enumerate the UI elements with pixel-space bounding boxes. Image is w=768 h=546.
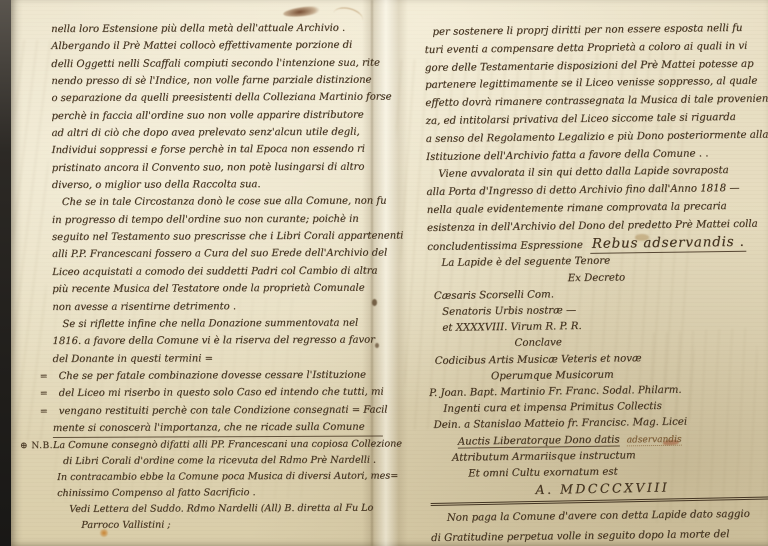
manuscript-line: 1816. a favore della Comune vi è la rise… [52,332,382,351]
manuscript-line: =Che se per fatale combinazione dovesse … [53,366,383,385]
manuscript-line: di Gratitudine perpetua volle in seguito… [431,524,768,546]
margin-marker: = [40,368,48,385]
line-text: La Lapide è del seguente Tenore [441,256,610,269]
line-text: Che se per fatale combinazione dovesse c… [59,370,366,382]
line-text: La Comune consegnò difatti alli PP. Fran… [53,439,402,452]
line-text: Parroco Vallistini ; [81,520,170,531]
manuscript-line: mente si conoscerà l'importanza, che ne … [53,418,383,438]
manuscript-line: ad altri di ciò che dopo avea prelevato … [52,124,382,143]
line-text: a senso del Regolamento Legalizio e più … [426,129,768,144]
line-text: nella loro Estensione più della metà del… [51,23,345,35]
line-text: turi eventi a compensare detta Proprietà… [425,41,748,56]
manuscript-line: Individui soppressi e forse perchè in ta… [52,141,382,160]
manuscript-line: Parroco Vallistini ; [53,517,383,534]
line-text: ad altri di ciò che dopo avea prelevato … [52,127,360,139]
line-text: Senatoris Urbis nostræ — [442,305,576,318]
manuscript-line: non avesse a risentirne detrimento . [52,297,382,316]
manuscript-photo: nella loro Estensione più della metà del… [0,0,768,546]
manuscript-line: di Libri Corali d'ordine come la ricevut… [53,453,383,470]
manuscript-line: Vedi Lettera del Suddo. Rdmo Nardelli (A… [53,501,383,518]
emphasized-text: adservandis [627,434,682,446]
line-text: Operumque Musicorum [491,369,614,382]
line-text: chinissimo Compenso al fatto Sacrificio … [57,487,255,499]
line-text: Albergando il Prè Mattei collocò effetti… [51,40,352,52]
line-text: A. MDCCCXVIII [535,480,669,498]
line-text: nendo presso di sè l'Indice, non volle f… [51,75,371,87]
manuscript-line: Che se in tale Circostanza donò le cose … [52,193,382,212]
manuscript-line: alli P.P. Francescani fossero a Cura del… [52,245,382,264]
manuscript-line: più recente Musica del Testatore onde la… [52,280,382,299]
line-text: Viene avvalorata il sin qui detto dalla … [438,165,728,180]
line-text: Cæsaris Scorselli Com. [434,289,554,302]
manuscript-line: nendo presso di sè l'Indice, non volle f… [51,72,381,91]
line-text: vengano restituiti perchè con tale Condi… [59,404,388,416]
margin-marker: = [40,385,48,402]
emphasized-text: Rebus adservandis . [590,233,747,253]
manuscript-line: =vengano restituiti perchè con tale Cond… [53,401,383,420]
line-text: Auctis Liberatorque Dono datis [458,434,620,448]
line-text: di Gratitudine perpetua volle in seguito… [431,529,730,544]
line-text: seguito nel Testamento suo prescrisse ch… [52,231,403,244]
manuscript-page-right: per sostenere li proprj diritti per non … [424,0,768,546]
line-text: Se si riflette infine che nella Donazion… [62,318,358,330]
line-text: effetto dovrà rimanere contrassegnata la… [425,94,768,109]
line-text: Codicibus Artis Musicæ Veteris et novæ [435,353,642,367]
manuscript-line: chinissimo Compenso al fatto Sacrificio … [53,485,383,502]
line-text: del Liceo mi riserbo in questo solo Caso… [59,387,384,399]
line-text: et XXXXVIII. Virum R. P. R. [442,321,582,334]
manuscript-line: perchè in faccia all'ordine suo non voll… [51,106,381,125]
line-text: del Donante in questi termini = [53,353,213,365]
manuscript-line: delli Oggetti nelli Scaffali compiuti se… [51,54,381,73]
line-text: alli P.P. Francescani fossero a Cura del… [52,248,387,260]
line-text: diverso, o miglior uso della Raccolta su… [52,179,261,191]
line-text: pristinato ancora il Convento suo, non p… [52,161,365,173]
line-text: Che se in tale Circostanza donò le cose … [62,196,387,208]
line-text: per sostenere li proprj diritti per non … [432,23,742,38]
line-text: perchè in faccia all'ordine suo non voll… [51,109,363,121]
line-text: partenere legittimamente se il Liceo ven… [425,76,757,91]
manuscript-line: diverso, o miglior uso della Raccolta su… [52,176,382,195]
manuscript-line: pristinato ancora il Convento suo, non p… [52,158,382,177]
margin-marker: ⊕ N.B. [20,438,53,454]
manuscript-line: o separazione da quelli preesistenti del… [51,89,381,108]
line-text: Vedi Lettera del Suddo. Rdmo Nardelli (A… [69,503,373,515]
line-text: delli Oggetti nelli Scaffali compiuti se… [51,57,380,69]
manuscript-line: ⊕ N.B.La Comune consegnò difatti alli PP… [53,437,383,454]
manuscript-line: Albergando il Prè Mattei collocò effetti… [51,37,381,56]
manuscript-line: Liceo acquistati a comodo dei suddetti P… [52,262,382,281]
line-text: P. Joan. Bapt. Martinio Fr. Franc. Sodal… [429,385,682,399]
manuscript-line: In contracambio ebbe la Comune poca Musi… [53,469,383,486]
line-text: nella quale evidentemente rimane comprov… [427,201,727,216]
manuscript-line: nella loro Estensione più della metà del… [51,20,381,39]
line-text: alla Porta d'Ingresso di detto Archivio … [426,183,739,198]
manuscript-page-left: nella loro Estensione più della metà del… [51,0,383,534]
manuscript-line: Se si riflette infine che nella Donazion… [52,314,382,333]
paper-sheet: nella loro Estensione più della metà del… [11,0,768,546]
line-text: Istituzione dell'Archivio fatta a favore… [426,148,709,163]
line-text: esistenza in dell'Archivio del Dono del … [427,218,758,233]
line-text: Attributum Armariisque instructum [452,450,636,463]
line-text: Ex Decreto [568,272,626,284]
line-text: gore delle Testamentarie disposizioni de… [425,58,754,73]
line-text: Ingenti cura et impensa Primitus Collect… [443,401,662,415]
line-text: Et omni Cultu exornatum est [468,467,618,480]
manuscript-line: del Donante in questi termini = [53,349,383,368]
line-text: Liceo acquistati a comodo dei suddetti P… [52,265,377,277]
line-text: in progresso di tempo dell'ordine suo no… [52,213,359,225]
line-text: di Libri Corali d'ordine come la ricevut… [63,455,376,467]
manuscript-line: =del Liceo mi riserbo in questo solo Cas… [53,384,383,403]
photo-dark-edge [0,0,11,546]
line-text: Individui soppressi e forse perchè in ta… [52,144,365,156]
line-text: mente si conoscerà l'importanza, che ne … [53,422,365,434]
manuscript-line: seguito nel Testamento suo prescrisse ch… [52,228,382,247]
line-text: o separazione da quelli preesistenti del… [51,92,391,104]
line-text: più recente Musica del Testatore onde la… [52,283,364,295]
line-text: za, ed intitolarsi privativa del Liceo s… [426,112,736,127]
line-text: Non paga la Comune d'avere con detta Lap… [447,509,750,524]
line-text: 1816. a favore della Comune vi è la rise… [52,335,374,347]
line-text: non avesse a risentirne detrimento . [52,301,236,313]
line-text: concludentissima Espressione [427,240,583,253]
line-text: Conclave [514,338,561,350]
margin-marker: = [40,403,48,420]
line-text: In contracambio ebbe la Comune poca Musi… [57,471,398,483]
manuscript-line: in progresso di tempo dell'ordine suo no… [52,210,382,229]
line-text: Dein. a Stanislao Matteio fr. Francisc. … [434,417,688,431]
